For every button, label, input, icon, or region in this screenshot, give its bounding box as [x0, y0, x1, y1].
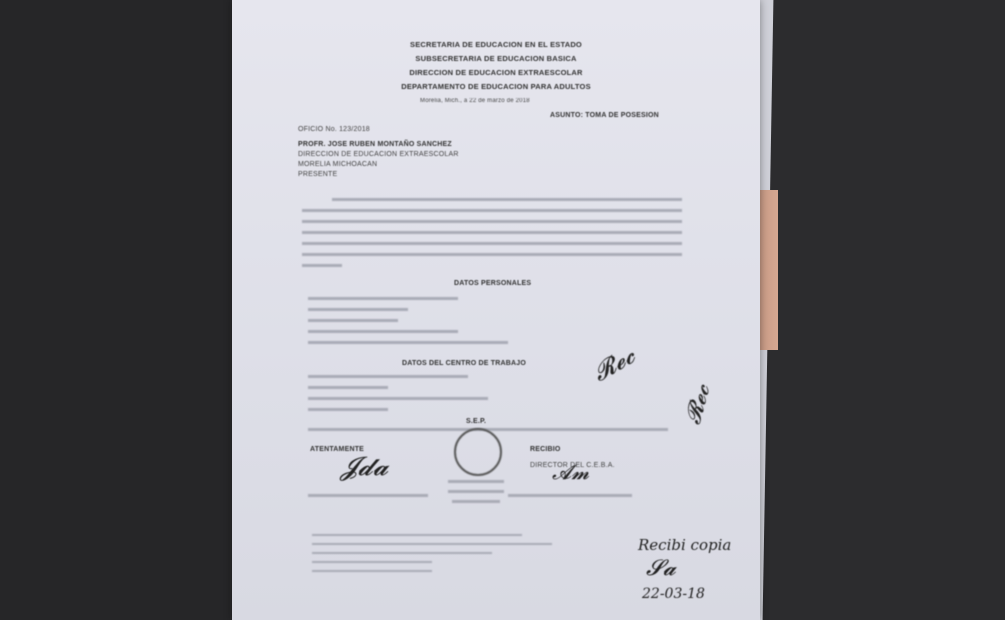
recipient-line: DIRECCION DE EDUCACION EXTRAESCOLAR: [298, 151, 459, 158]
signature-right-label: RECIBIO: [530, 446, 561, 453]
personal-data-line: [308, 308, 408, 311]
footer-note: [312, 534, 522, 536]
official-seal: [454, 428, 502, 476]
personal-data-line: [308, 330, 458, 333]
personal-data-line: [308, 341, 508, 344]
section-center: DATOS DEL CENTRO DE TRABAJO: [402, 360, 526, 367]
signature-name-line: [508, 494, 632, 497]
personal-data-line: [308, 297, 458, 300]
section-personal: DATOS PERSONALES: [454, 280, 531, 287]
background-right: [770, 0, 1005, 620]
margin-signature: 𝓡𝓮𝓬: [588, 341, 640, 387]
recipient-line: PRESENTE: [298, 171, 337, 178]
header-line: SECRETARIA DE EDUCACION EN EL ESTADO: [232, 40, 760, 49]
center-data-line: [308, 408, 388, 411]
footer-note: [312, 570, 432, 572]
signature-left: 𝓙𝓭𝓪: [340, 452, 388, 483]
footer-note: [312, 543, 552, 545]
body-text-line: [302, 209, 682, 212]
header-line: DIRECCION DE EDUCACION EXTRAESCOLAR: [232, 68, 760, 77]
handwritten-signature: 𝓢𝓪: [646, 556, 676, 581]
recipient-line: OFICIO No. 123/2018: [298, 126, 370, 133]
handwritten-date: 22-03-18: [642, 586, 705, 602]
seal-text: [452, 500, 500, 503]
signature-name-line: [308, 494, 428, 497]
margin-signature-vertical: 𝓡𝓮𝓬: [681, 382, 715, 427]
body-text-line: [332, 198, 682, 201]
stamp-text: S.E.P.: [466, 418, 486, 425]
header-line: SUBSECRETARIA DE EDUCACION BASICA: [232, 54, 760, 63]
background-left: [0, 0, 230, 620]
body-text-line: [302, 253, 682, 256]
recipient-name: PROFR. JOSE RUBEN MONTAÑO SANCHEZ: [298, 141, 452, 148]
body-text-line: [302, 264, 342, 267]
header-line: DEPARTAMENTO DE EDUCACION PARA ADULTOS: [232, 82, 760, 91]
seal-text: [448, 490, 504, 493]
center-data-line: [308, 386, 388, 389]
subject: ASUNTO: TOMA DE POSESION: [550, 112, 659, 119]
center-data-line: [308, 397, 488, 400]
seal-text: [448, 480, 504, 483]
footer-note: [312, 561, 432, 563]
center-data-line: [308, 375, 468, 378]
footer-note: [312, 552, 492, 554]
signature-right: 𝓐𝓶: [552, 460, 589, 484]
personal-data-line: [308, 319, 398, 322]
place-date: Morelia, Mich., a 22 de marzo de 2018: [420, 98, 530, 104]
body-text-line: [302, 220, 682, 223]
document-page: SECRETARIA DE EDUCACION EN EL ESTADO SUB…: [232, 0, 760, 620]
body-text-line: [302, 231, 682, 234]
handwritten-note: Recibi copia: [638, 536, 731, 554]
recipient-line: MORELIA MICHOACAN: [298, 161, 377, 168]
body-text-line: [302, 242, 682, 245]
